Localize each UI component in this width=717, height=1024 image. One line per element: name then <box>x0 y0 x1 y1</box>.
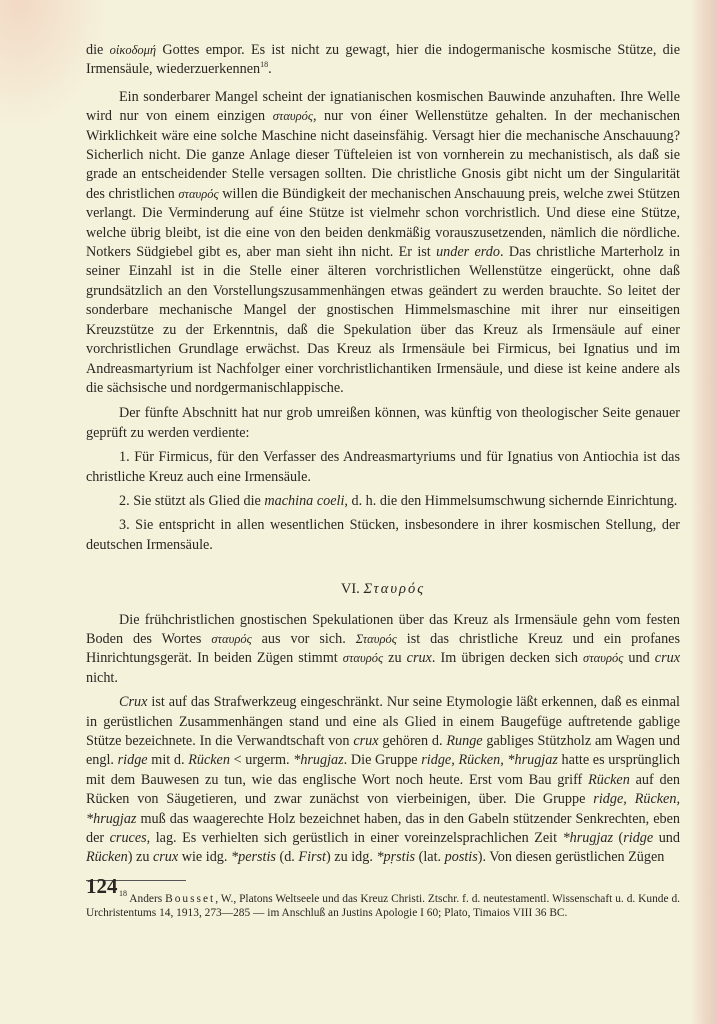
text: wie idg. <box>178 849 231 865</box>
italic-term: Rücken <box>588 772 630 788</box>
italic-term: Runge <box>446 733 482 749</box>
italic-term: cruces <box>110 830 147 846</box>
author-name: Bousset <box>165 893 215 905</box>
italic-term: postis <box>445 849 478 865</box>
text: Anders <box>127 893 165 905</box>
italic-term: crux <box>153 849 178 865</box>
italic-term: ridge, Rücken, *hrugjaz <box>421 752 558 768</box>
greek-term: σταυρός <box>211 632 251 646</box>
text: 2. Sie stützt als Glied die <box>119 493 264 509</box>
section-title: Σταυρός <box>363 581 425 597</box>
text: < urgerm. <box>230 752 293 768</box>
text: ) zu <box>128 849 153 865</box>
footnote-18: 18 Anders Bousset, W., Platons Weltseele… <box>86 892 680 920</box>
italic-term: First <box>298 849 326 865</box>
list-item-3: 3. Sie entspricht in allen wesentlichen … <box>86 516 680 555</box>
list-item-1: 1. Für Firmicus, für den Verfasser des A… <box>86 448 680 487</box>
greek-term: οἰκοδομή <box>110 43 157 57</box>
italic-term: crux <box>407 650 432 666</box>
italic-term: *perstis <box>231 849 276 865</box>
text: Gottes empor. Es ist nicht zu gewagt, hi… <box>86 42 680 77</box>
greek-term: Σταυρός <box>356 632 397 646</box>
text: ( <box>613 830 623 846</box>
text: , lag. Es verhielten sich gerüstlich in … <box>147 830 563 846</box>
text: ). Von diesen gerüstlichen Zügen <box>478 849 665 865</box>
paragraph-continuation: die οἰκοδομή Gottes empor. Es ist nicht … <box>86 41 680 80</box>
italic-term: *hrugjaz <box>563 830 613 846</box>
text: die <box>86 42 110 58</box>
text: und <box>653 830 680 846</box>
italic-term: Rücken <box>188 752 230 768</box>
italic-term: crux <box>353 733 378 749</box>
text: gehören d. <box>379 733 447 749</box>
page-body: die οἰκοδομή Gottes empor. Es ist nicht … <box>86 41 680 920</box>
greek-term: σταυρός <box>178 187 218 201</box>
text: (d. <box>276 849 298 865</box>
italic-term: *hrugjaz <box>293 752 343 768</box>
greek-term: σταυρός <box>343 651 383 665</box>
italic-term: Rücken <box>86 849 128 865</box>
paragraph-fuenfter-abschnitt: Der fünfte Abschnitt hat nur grob umreiß… <box>86 404 680 443</box>
paragraph-stauros: Die frühchristlichen gnostischen Spekula… <box>86 611 680 689</box>
text: . <box>268 61 272 77</box>
section-numeral: VI. <box>341 581 360 597</box>
italic-term: ridge <box>118 752 148 768</box>
text: mit d. <box>148 752 189 768</box>
italic-term: under erdo <box>436 244 500 260</box>
text: aus vor sich. <box>252 631 356 647</box>
paragraph-mangel: Ein sonderbarer Mangel scheint der ignat… <box>86 88 680 399</box>
text: . Die Gruppe <box>344 752 422 768</box>
text: nicht. <box>86 670 118 686</box>
italic-term: ridge <box>623 830 653 846</box>
footnote-number: 18 <box>119 889 127 898</box>
greek-term: σταυρός <box>583 651 623 665</box>
text: zu <box>383 650 407 666</box>
italic-term: crux <box>655 650 680 666</box>
text: . Im übrigen decken sich <box>432 650 583 666</box>
footnote-ref[interactable]: 18 <box>260 60 268 69</box>
greek-term: σταυρός <box>273 109 313 123</box>
text: (lat. <box>415 849 445 865</box>
text: und <box>623 650 654 666</box>
page-number: 124 <box>86 874 118 899</box>
text: ) zu idg. <box>326 849 376 865</box>
text: . Das christliche Marterholz in seiner E… <box>86 244 680 396</box>
list-item-2: 2. Sie stützt als Glied die machina coel… <box>86 492 680 511</box>
section-heading: VI. Σταυρός <box>86 580 680 599</box>
italic-term: machina coeli <box>264 493 344 509</box>
text: , d. h. die den Himmelsumschwung sichern… <box>344 493 677 509</box>
italic-term: *pṛstis <box>376 849 415 865</box>
italic-term: Crux <box>119 694 147 710</box>
paragraph-crux: Crux ist auf das Strafwerkzeug eingeschr… <box>86 693 680 868</box>
